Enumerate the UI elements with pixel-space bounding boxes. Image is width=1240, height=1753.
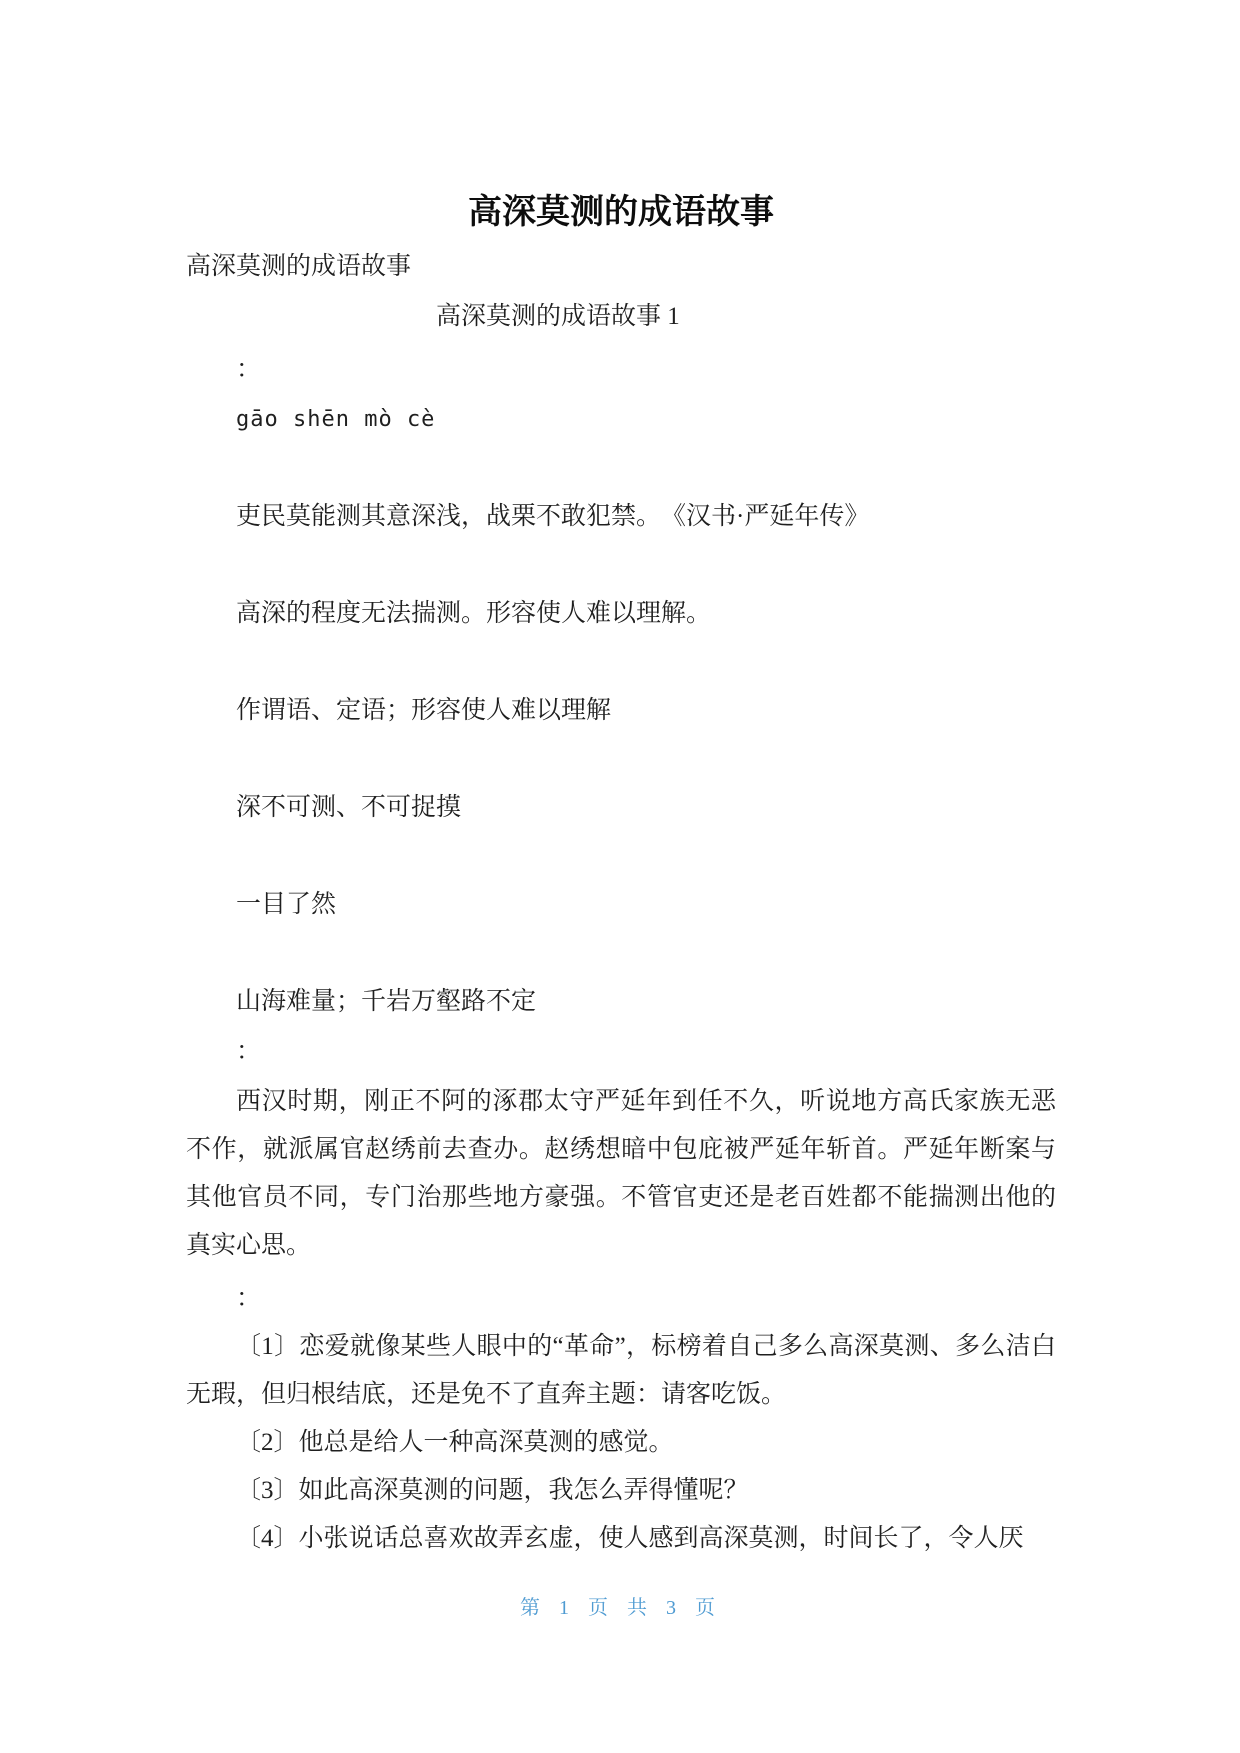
definition-line: 高深的程度无法揣测。形容使人难以理解。 xyxy=(186,590,1056,638)
synonyms-line: 深不可测、不可捉摸 xyxy=(186,784,1056,832)
antonym-line: 一目了然 xyxy=(186,881,1056,929)
example-sentence-1: 〔1〕恋爱就像某些人眼中的“革命”，标榜着自己多么高深莫测、多么洁白无瑕，但归根… xyxy=(186,1323,1056,1419)
page-footer: 第 1 页 共 3 页 xyxy=(186,1593,1056,1623)
section-heading: 高深莫测的成语故事 1 xyxy=(186,293,1056,341)
colon-line-1: ： xyxy=(186,346,1056,394)
source-quote-line: 吏民莫能测其意深浅，战栗不敢犯禁。 《汉书·严延年传》 xyxy=(186,493,1056,541)
pinyin-line: gāo shēn mò cè xyxy=(186,396,1056,444)
colon-line-3: ： xyxy=(186,1275,1056,1323)
lead-line: 高深莫测的成语故事 xyxy=(186,243,1056,291)
document-page: 高深莫测的成语故事 高深莫测的成语故事 高深莫测的成语故事 1 ： gāo sh… xyxy=(0,0,1240,1753)
example-sentence-3: 〔3〕如此高深莫测的问题，我怎么弄得懂呢？ xyxy=(186,1467,1056,1515)
colon-line-2: ： xyxy=(186,1028,1056,1076)
couplet-line: 山海难量；千岩万壑路不定 xyxy=(186,978,1056,1026)
story-paragraph: 西汉时期，刚正不阿的涿郡太守严延年到任不久，听说地方高氏家族无恶不作，就派属官赵… xyxy=(186,1078,1056,1270)
example-sentence-4: 〔4〕小张说话总喜欢故弄玄虚，使人感到高深莫测，时间长了，令人厌 xyxy=(186,1515,1056,1563)
usage-line: 作谓语、定语；形容使人难以理解 xyxy=(186,687,1056,735)
document-title: 高深莫测的成语故事 xyxy=(186,186,1056,238)
example-sentence-2: 〔2〕他总是给人一种高深莫测的感觉。 xyxy=(186,1419,1056,1467)
page-indicator: 第 1 页 共 3 页 xyxy=(520,1597,722,1619)
